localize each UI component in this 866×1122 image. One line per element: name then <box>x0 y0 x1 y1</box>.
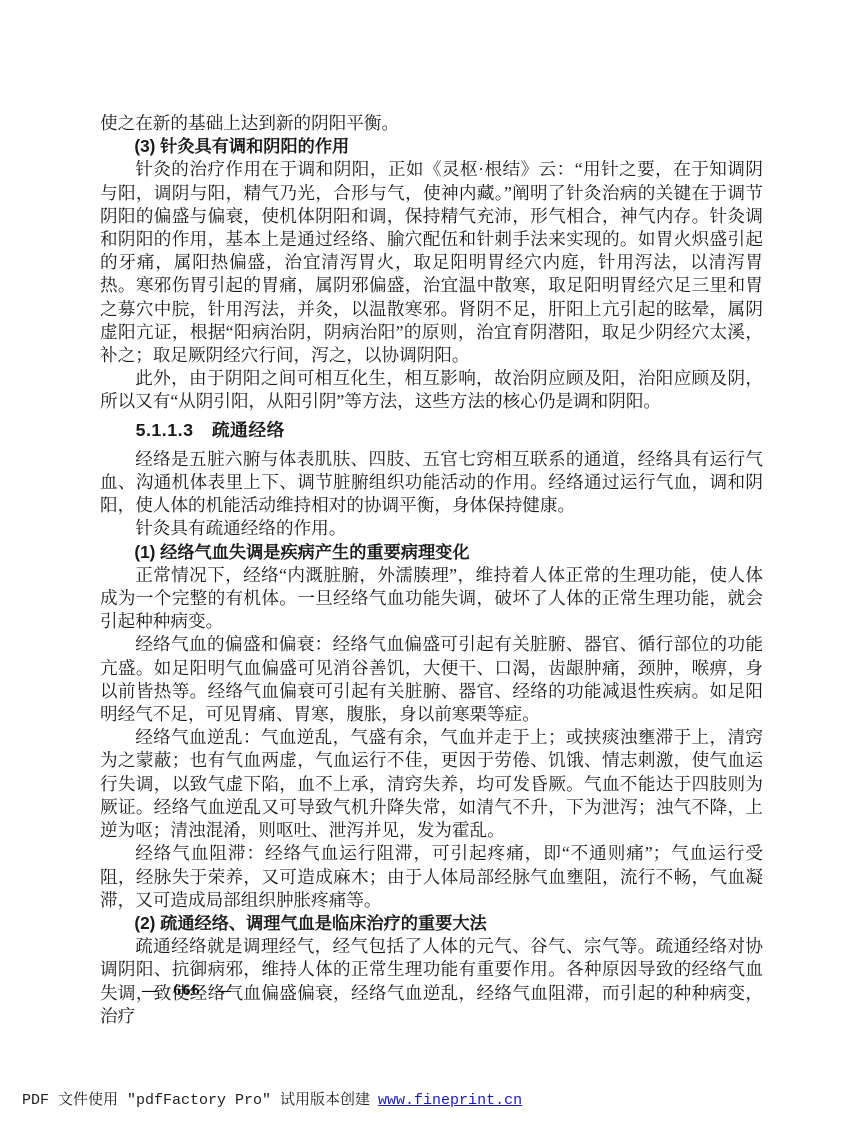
pdf-notice-text: PDF 文件使用 ″pdfFactory Pro″ 试用版本创建 <box>22 1092 370 1109</box>
body-paragraph: 针灸的治疗作用在于调和阴阳，正如《灵枢·根结》云：“用针之要，在于知调阴与阳，调… <box>100 158 763 367</box>
page-number: — 666 — <box>142 982 233 1000</box>
body-paragraph: 经络气血的偏盛和偏衰：经络气血偏盛可引起有关脏腑、器官、循行部位的功能亢盛。如足… <box>100 633 763 726</box>
scanned-book-page: 使之在新的基础上达到新的阴阳平衡。(3) 针灸具有调和阴阳的作用针灸的治疗作用在… <box>0 0 866 1122</box>
body-paragraph: 经络气血阻滞：经络气血运行阻滞，可引起疼痛，即“不通则痛”；气血运行受阻，经脉失… <box>100 842 763 912</box>
section-heading: 5.1.1.3 疏通经络 <box>100 419 763 442</box>
body-paragraph: 此外，由于阴阳之间可相互化生，相互影响，故治阴应顾及阳，治阳应顾及阴，所以又有“… <box>100 367 763 413</box>
fineprint-link[interactable]: www.fineprint.cn <box>378 1092 522 1109</box>
body-paragraph: 正常情况下，经络“内溉脏腑，外濡腠理”，维持着人体正常的生理功能，使人体成为一个… <box>100 564 763 634</box>
subheading: (2) 疏通经络、调理气血是临床治疗的重要大法 <box>100 912 763 935</box>
body-paragraph: 经络是五脏六腑与体表肌肤、四肢、五官七窍相互联系的通道，经络具有运行气血、沟通机… <box>100 448 763 518</box>
document-body: 使之在新的基础上达到新的阴阳平衡。(3) 针灸具有调和阴阳的作用针灸的治疗作用在… <box>100 112 763 1028</box>
body-paragraph: 经络气血逆乱：气血逆乱，气盛有余，气血并走于上；或挟痰浊壅滞于上，清窍为之蒙蔽；… <box>100 726 763 842</box>
body-paragraph: 使之在新的基础上达到新的阴阳平衡。 <box>100 112 763 135</box>
subheading: (1) 经络气血失调是疾病产生的重要病理变化 <box>100 541 763 564</box>
pdf-watermark-footer: PDF 文件使用 ″pdfFactory Pro″ 试用版本创建www.fine… <box>22 1088 522 1109</box>
subheading: (3) 针灸具有调和阴阳的作用 <box>100 135 763 158</box>
body-paragraph: 针灸具有疏通经络的作用。 <box>100 517 763 540</box>
